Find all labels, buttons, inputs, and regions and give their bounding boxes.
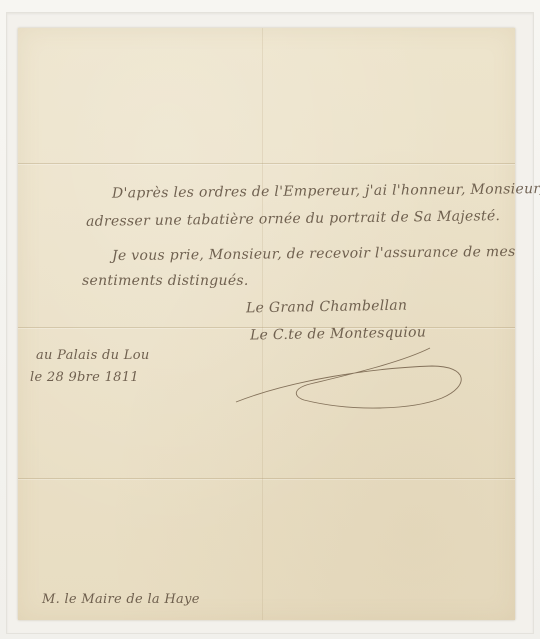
fold-line-horizontal-top: [18, 163, 515, 164]
letter-paper: [18, 28, 515, 620]
fold-line-vertical: [262, 28, 263, 620]
dateline-place: au Palais du Lou: [36, 348, 150, 363]
signature-flourish-icon: [232, 340, 472, 412]
addressee-line: M. le Maire de la Haye: [42, 592, 200, 607]
picture-frame: D'après les ordres de l'Empereur, j'ai l…: [0, 0, 540, 639]
signature-title: Le Grand Chambellan: [246, 298, 408, 317]
dateline-date: le 28 9bre 1811: [30, 370, 139, 385]
fold-line-horizontal-bottom: [18, 478, 515, 479]
letter-body-line-4: sentiments distingués.: [82, 273, 249, 289]
